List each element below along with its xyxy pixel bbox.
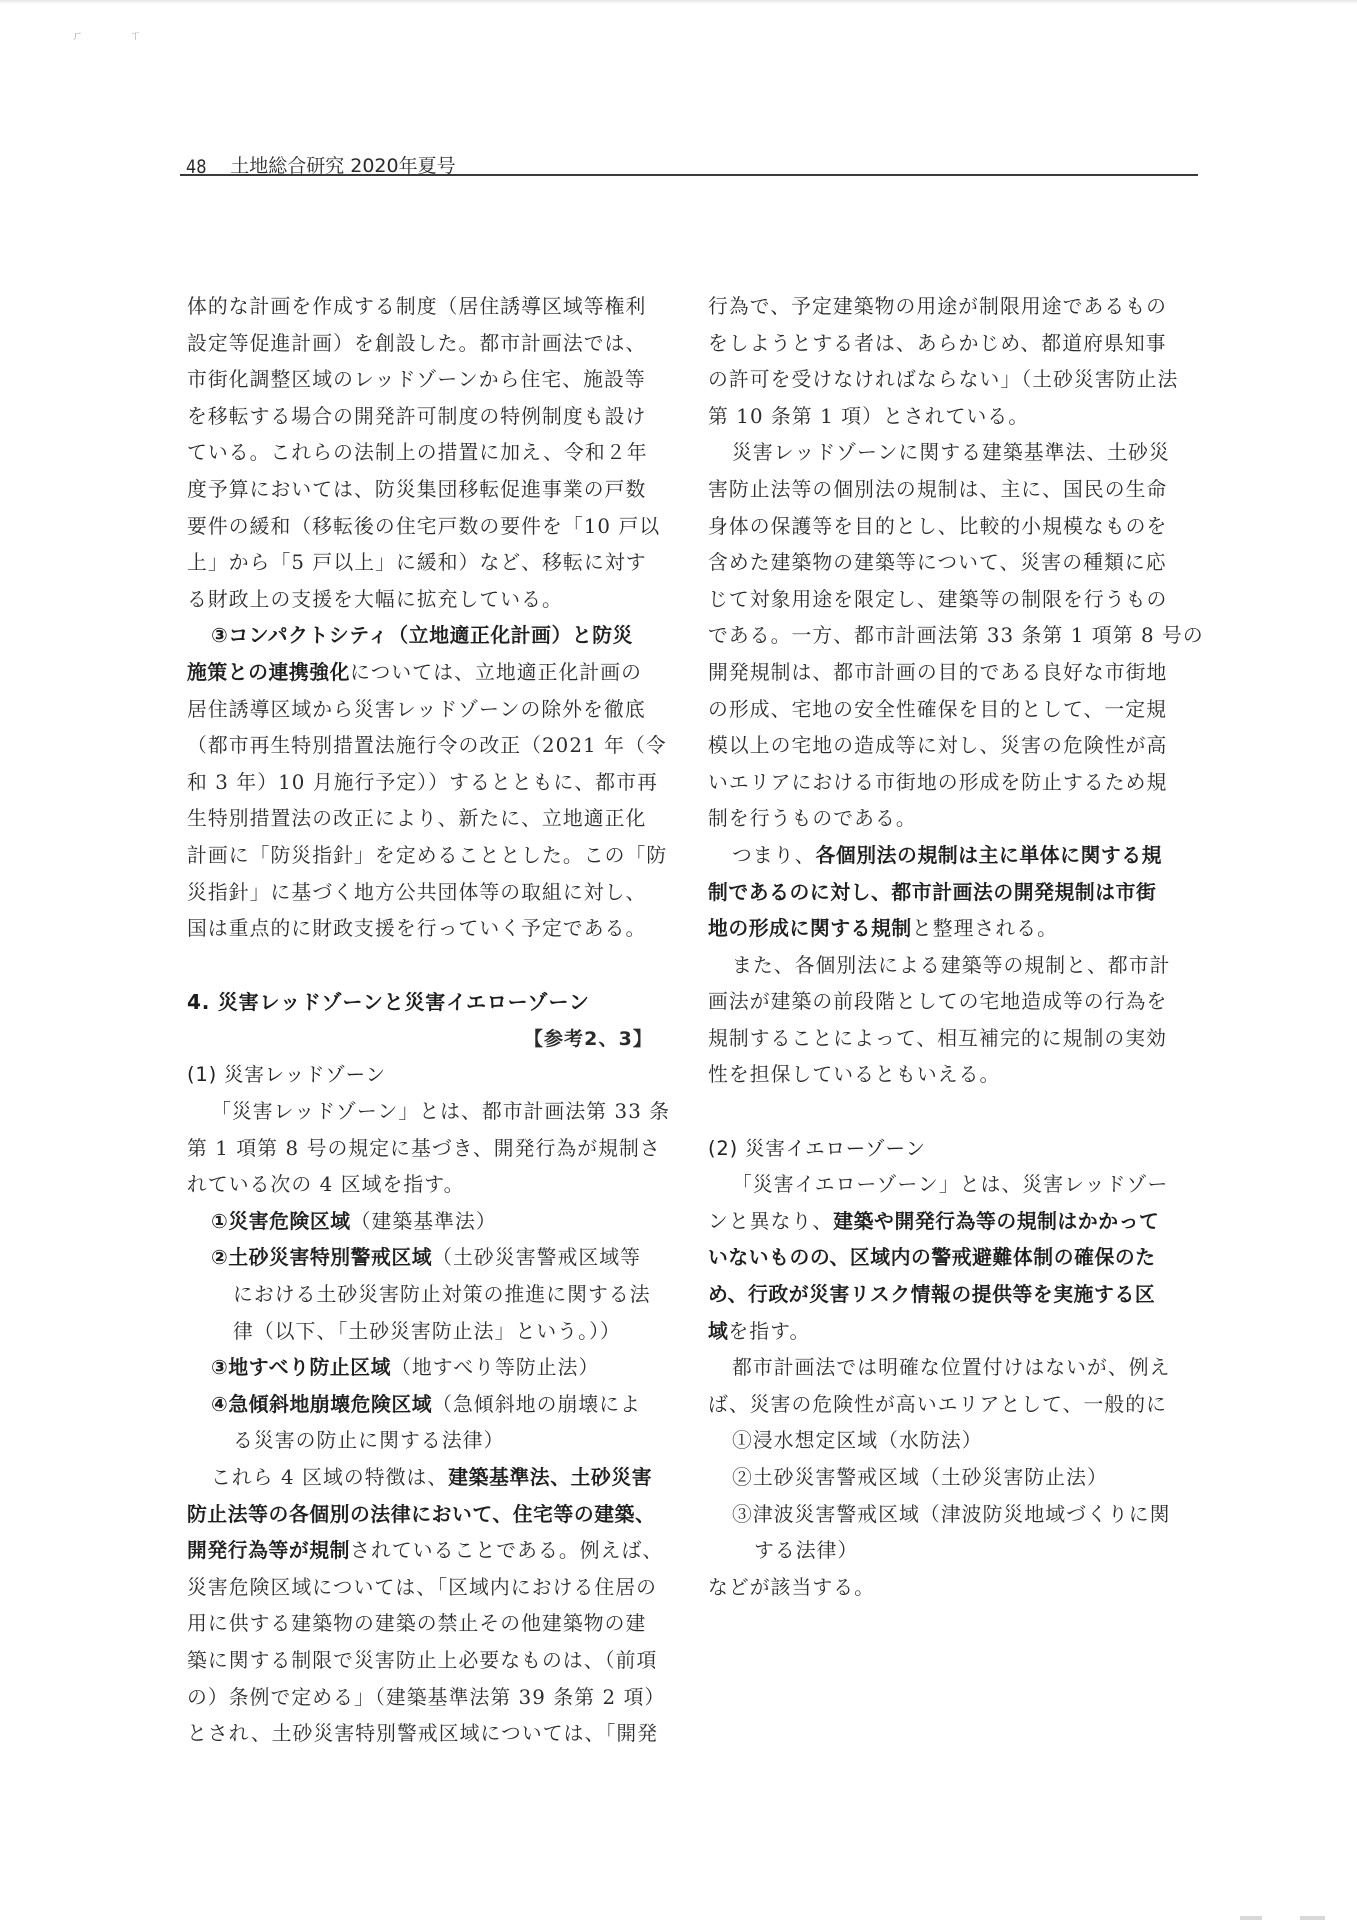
section-heading: 4. 災害レッドゾーンと災害イエローゾーン <box>187 984 663 1021</box>
paragraph-compact-city: ③コンパクトシティ（立地適正化計画）と防災 施策との連携強化については、立地適正… <box>187 618 663 947</box>
text-line: 防止法等の各個別の法律において、住宅等の建築、 <box>187 1497 663 1534</box>
subsection-heading: (1) 災害レッドゾーン <box>187 1057 663 1094</box>
text-line: 国は重点的に財政支援を行っていく予定である。 <box>187 911 663 948</box>
text-run: （地すべり等防止法） <box>391 1356 599 1379</box>
list-item: ②土砂災害警戒区域（土砂災害防止法） <box>708 1460 1184 1497</box>
text-line: 害防止法等の個別法の規制は、主に、国民の生命 <box>708 472 1184 509</box>
list-item: ②土砂災害特別警戒区域（土砂災害警戒区域等 <box>187 1240 663 1277</box>
bold-phrase: 域 <box>708 1320 728 1343</box>
text-line: 「災害イエローゾーン」とは、災害レッドゾー <box>708 1167 1184 1204</box>
bold-phrase: め、行政が災害リスク情報の提供等を実施する区 <box>708 1283 1155 1306</box>
text-line: 含めた建築物の建築等について、災害の種類に応 <box>708 545 1184 582</box>
paragraph-complementary: また、各個別法による建築等の規制と、都市計 画法が建築の前段階としての宅地造成等… <box>708 948 1184 1094</box>
text-run: を指す。 <box>728 1320 810 1343</box>
text-line: などが該当する。 <box>708 1570 1184 1607</box>
text-line: また、各個別法による建築等の規制と、都市計 <box>708 948 1184 985</box>
text-line: 上」から「5 戸以上」に緩和）など、移転に対す <box>187 545 663 582</box>
paragraph-red-zone-features: これら 4 区域の特徴は、建築基準法、土砂災害 防止法等の各個別の法律において、… <box>187 1460 663 1753</box>
text-line: 用に供する建築物の建築の禁止その他建築物の建 <box>187 1606 663 1643</box>
bold-phrase: ③地すべり防止区域 <box>211 1356 391 1379</box>
bold-phrase: ①災害危険区域 <box>211 1210 351 1233</box>
text-line: 和 3 年）10 月施行予定））するとともに、都市再 <box>187 765 663 802</box>
scan-artifact <box>1300 1916 1325 1920</box>
bold-phrase: ④急傾斜地崩壊危険区域 <box>211 1393 432 1416</box>
text-line: 身体の保護等を目的とし、比較的小規模なものを <box>708 509 1184 546</box>
yellow-zone-list: ①浸水想定区域（水防法） ②土砂災害警戒区域（土砂災害防止法） ③津波災害警戒区… <box>708 1423 1184 1569</box>
text-line: いエリアにおける市街地の形成を防止するため規 <box>708 765 1184 802</box>
text-run: については、立地適正化計画の <box>350 661 642 684</box>
text-line: 災害レッドゾーンに関する建築基準法、土砂災 <box>708 435 1184 472</box>
crop-mark-left: ㄏ <box>72 27 83 43</box>
text-line: ③コンパクトシティ（立地適正化計画）と防災 <box>187 618 663 655</box>
bold-phrase: 建築や開発行為等の規制はかかって <box>833 1210 1159 1233</box>
bold-phrase: 地の形成に関する規制 <box>708 917 912 940</box>
scan-edge <box>0 0 1357 4</box>
crop-mark-right: ㄒ <box>130 27 141 43</box>
scan-artifact <box>1240 1916 1262 1920</box>
bold-phrase: 開発行為等が規制 <box>187 1539 350 1562</box>
text-line: 災指針」に基づく地方公共団体等の取組に対し、 <box>187 875 663 912</box>
text-line: 規制することによって、相互補完的に規制の実効 <box>708 1021 1184 1058</box>
text-line: 設定等促進計画）を創設した。都市計画法では、 <box>187 326 663 363</box>
text-line: である。一方、都市計画法第 33 条第 1 項第 8 号の <box>708 618 1184 655</box>
bold-phrase: ②土砂災害特別警戒区域 <box>211 1246 432 1269</box>
text-line: 「災害レッドゾーン」とは、都市計画法第 33 条 <box>187 1094 663 1131</box>
text-line: 域を指す。 <box>708 1314 1184 1351</box>
text-line: 開発行為等が規制されていることである。例えば、 <box>187 1533 663 1570</box>
subsection-yellow-zone: (2) 災害イエローゾーン 「災害イエローゾーン」とは、災害レッドゾー ンと異な… <box>708 1131 1184 1607</box>
text-line: 行為で、予定建築物の用途が制限用途であるもの <box>708 289 1184 326</box>
text-line: 体的な計画を作成する制度（居住誘導区域等権利 <box>187 289 663 326</box>
left-column: 体的な計画を作成する制度（居住誘導区域等権利 設定等促進計画）を創設した。都市計… <box>187 289 663 1753</box>
text-line: 市街化調整区域のレッドゾーンから住宅、施設等 <box>187 362 663 399</box>
list-item: ④急傾斜地崩壊危険区域（急傾斜地の崩壊によ <box>187 1387 663 1424</box>
text-line: 制であるのに対し、都市計画法の開発規制は市街 <box>708 875 1184 912</box>
text-line: 第 10 条第 1 項）とされている。 <box>708 399 1184 436</box>
bold-phrase: ③コンパクトシティ（立地適正化計画）と防災 <box>211 624 633 647</box>
text-line: 生特別措置法の改正により、新たに、立地適正化 <box>187 801 663 838</box>
text-line: 施策との連携強化については、立地適正化計画の <box>187 655 663 692</box>
text-line: 居住誘導区域から災害レッドゾーンの除外を徹底 <box>187 692 663 729</box>
text-line: 第 1 項第 8 号の規定に基づき、開発行為が規制さ <box>187 1131 663 1168</box>
text-line: 地の形成に関する規制と整理される。 <box>708 911 1184 948</box>
paragraph-individual-laws: 災害レッドゾーンに関する建築基準法、土砂災 害防止法等の個別法の規制は、主に、国… <box>708 435 1184 838</box>
text-line: の）条例で定める」（建築基準法第 39 条第 2 項） <box>187 1680 663 1717</box>
text-line: め、行政が災害リスク情報の提供等を実施する区 <box>708 1277 1184 1314</box>
text-line: 都市計画法では明確な位置付けはないが、例え <box>708 1350 1184 1387</box>
bold-phrase: 施策との連携強化 <box>187 661 350 684</box>
bold-phrase: 各個別法の規制は主に単体に関する規 <box>816 844 1162 867</box>
list-item: ①災害危険区域（建築基準法） <box>187 1204 663 1241</box>
text-line: （都市再生特別措置法施行令の改正（2021 年（令 <box>187 728 663 765</box>
subsection-red-zone: (1) 災害レッドゾーン 「災害レッドゾーン」とは、都市計画法第 33 条 第 … <box>187 1057 663 1752</box>
text-line: じて対象用途を限定し、建築等の制限を行うもの <box>708 582 1184 619</box>
list-item-continuation: する法律） <box>708 1533 1184 1570</box>
list-item: ③地すべり防止区域（地すべり等防止法） <box>187 1350 663 1387</box>
text-line: これら 4 区域の特徴は、建築基準法、土砂災害 <box>187 1460 663 1497</box>
text-line: いないものの、区域内の警戒避難体制の確保のた <box>708 1240 1184 1277</box>
text-run: ンと異なり、 <box>708 1210 833 1233</box>
paragraph-sediment-law-quote: 行為で、予定建築物の用途が制限用途であるもの をしようとする者は、あらかじめ、都… <box>708 289 1184 435</box>
text-line: 計画に「防災指針」を定めることとした。この「防 <box>187 838 663 875</box>
text-line: 災害危険区域については、「区域内における住居の <box>187 1570 663 1607</box>
text-run: （急傾斜地の崩壊によ <box>432 1393 641 1416</box>
text-run: と整理される。 <box>912 917 1058 940</box>
red-zone-list: ①災害危険区域（建築基準法） ②土砂災害特別警戒区域（土砂災害警戒区域等 におけ… <box>187 1204 663 1460</box>
list-item-continuation: における土砂災害防止対策の推進に関する法 <box>187 1277 663 1314</box>
paragraph-summary: つまり、各個別法の規制は主に単体に関する規 制であるのに対し、都市計画法の開発規… <box>708 838 1184 948</box>
text-line: る財政上の支援を大幅に拡充している。 <box>187 582 663 619</box>
list-item: ③津波災害警戒区域（津波防災地域づくりに関 <box>708 1497 1184 1534</box>
text-line: つまり、各個別法の規制は主に単体に関する規 <box>708 838 1184 875</box>
text-line: れている次の 4 区域を指す。 <box>187 1167 663 1204</box>
text-line: 開発規制は、都市計画の目的である良好な市街地 <box>708 655 1184 692</box>
text-line: をしようとする者は、あらかじめ、都道府県知事 <box>708 326 1184 363</box>
text-line: 制を行うものである。 <box>708 801 1184 838</box>
text-run: されていることである。例えば、 <box>350 1539 663 1562</box>
spacer <box>708 1094 1184 1131</box>
text-line: ば、災害の危険性が高いエリアとして、一般的に <box>708 1387 1184 1424</box>
subsection-heading: (2) 災害イエローゾーン <box>708 1131 1184 1168</box>
text-run: つまり、 <box>732 844 816 867</box>
text-line: とされ、土砂災害特別警戒区域については、「開発 <box>187 1716 663 1753</box>
text-line: ンと異なり、建築や開発行為等の規制はかかって <box>708 1204 1184 1241</box>
text-line: を移転する場合の開発許可制度の特例制度も設け <box>187 399 663 436</box>
text-line: の形成、宅地の安全性確保を目的として、一定規 <box>708 692 1184 729</box>
list-item-continuation: る災害の防止に関する法律） <box>187 1423 663 1460</box>
text-line: 画法が建築の前段階としての宅地造成等の行為を <box>708 984 1184 1021</box>
text-run: （土砂災害警戒区域等 <box>432 1246 641 1269</box>
text-run: これら 4 区域の特徴は、 <box>211 1466 448 1489</box>
text-line: 築に関する制限で災害防止上必要なものは、（前項 <box>187 1643 663 1680</box>
text-line: 要件の緩和（移転後の住宅戸数の要件を「10 戸以 <box>187 509 663 546</box>
right-column: 行為で、予定建築物の用途が制限用途であるもの をしようとする者は、あらかじめ、都… <box>708 289 1184 1606</box>
paragraph-relocation-support: 体的な計画を作成する制度（居住誘導区域等権利 設定等促進計画）を創設した。都市計… <box>187 289 663 618</box>
bold-phrase: 防止法等の各個別の法律において、住宅等の建築、 <box>187 1503 655 1526</box>
text-line: の許可を受けなければならない」（土砂災害防止法 <box>708 362 1184 399</box>
reference-note: 【参考2、3】 <box>187 1021 663 1058</box>
bold-phrase: 制であるのに対し、都市計画法の開発規制は市街 <box>708 881 1156 904</box>
text-line: 度予算においては、防災集団移転促進事業の戸数 <box>187 472 663 509</box>
text-line: 性を担保しているともいえる。 <box>708 1057 1184 1094</box>
spacer <box>187 948 663 985</box>
text-line: ている。これらの法制上の措置に加え、令和２年 <box>187 435 663 472</box>
text-line: 模以上の宅地の造成等に対し、災害の危険性が高 <box>708 728 1184 765</box>
list-item-continuation: 律（以下、「土砂災害防止法」という。）） <box>187 1314 663 1351</box>
text-run: （建築基準法） <box>351 1210 497 1233</box>
list-item: ①浸水想定区域（水防法） <box>708 1423 1184 1460</box>
bold-phrase: いないものの、区域内の警戒避難体制の確保のた <box>708 1246 1156 1269</box>
section-4: 4. 災害レッドゾーンと災害イエローゾーン 【参考2、3】 <box>187 984 663 1057</box>
bold-phrase: 建築基準法、土砂災害 <box>448 1466 652 1489</box>
header-rule <box>180 174 1198 176</box>
